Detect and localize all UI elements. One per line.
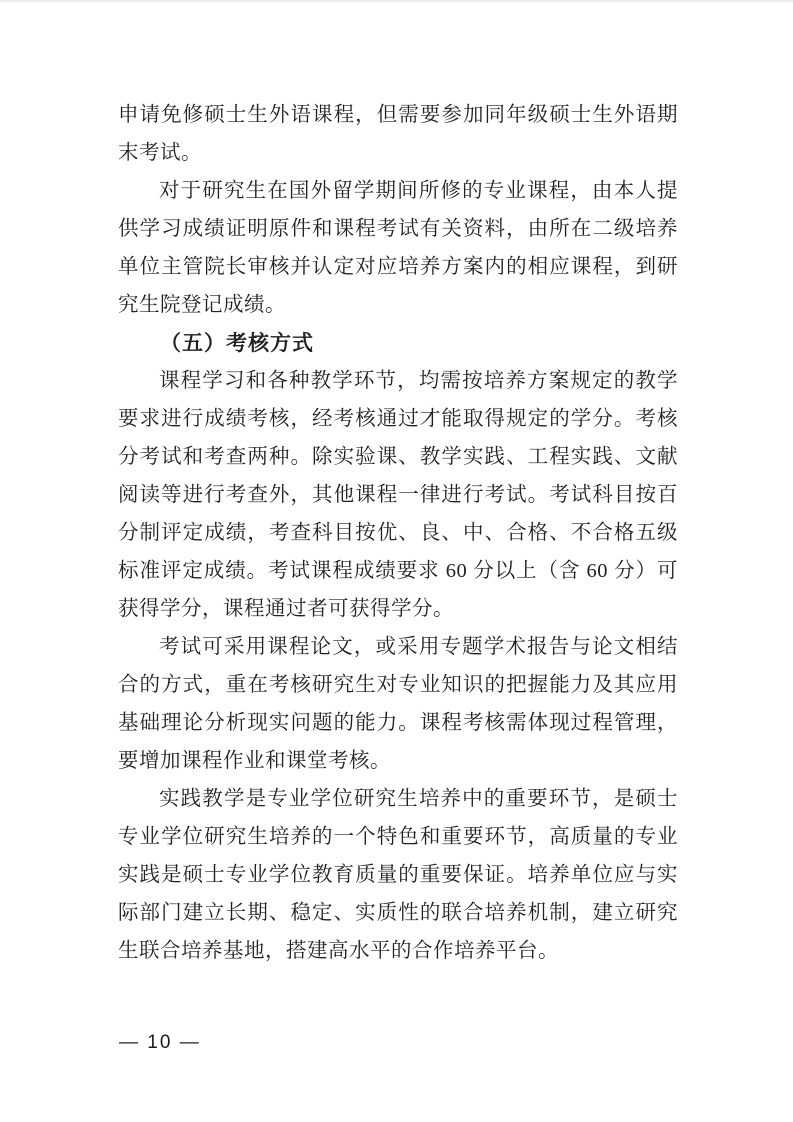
text-block: 申请免修硕士生外语课程，但需要参加同年级硕士生外语期末考试。 对于研究生在国外留…	[118, 96, 678, 970]
paragraph: 考试可采用课程论文，或采用专题学术报告与论文相结合的方式，重在考核研究生对专业知…	[118, 628, 678, 780]
paragraph: 实践教学是专业学位研究生培养中的重要环节，是硕士专业学位研究生培养的一个特色和重…	[118, 780, 678, 970]
section-heading: （五）考核方式	[118, 324, 678, 362]
paragraph: 课程学习和各种教学环节，均需按培养方案规定的教学要求进行成绩考核，经考核通过才能…	[118, 362, 678, 628]
document-page: { "doc": { "paragraphs": [ { "text": "申请…	[0, 0, 793, 1122]
paragraph-continuation: 申请免修硕士生外语课程，但需要参加同年级硕士生外语期末考试。	[118, 96, 678, 172]
paragraph: 对于研究生在国外留学期间所修的专业课程，由本人提供学习成绩证明原件和课程考试有关…	[118, 172, 678, 324]
scan-edge-artifact	[0, 0, 793, 2]
page-number: — 10 —	[119, 1028, 201, 1058]
